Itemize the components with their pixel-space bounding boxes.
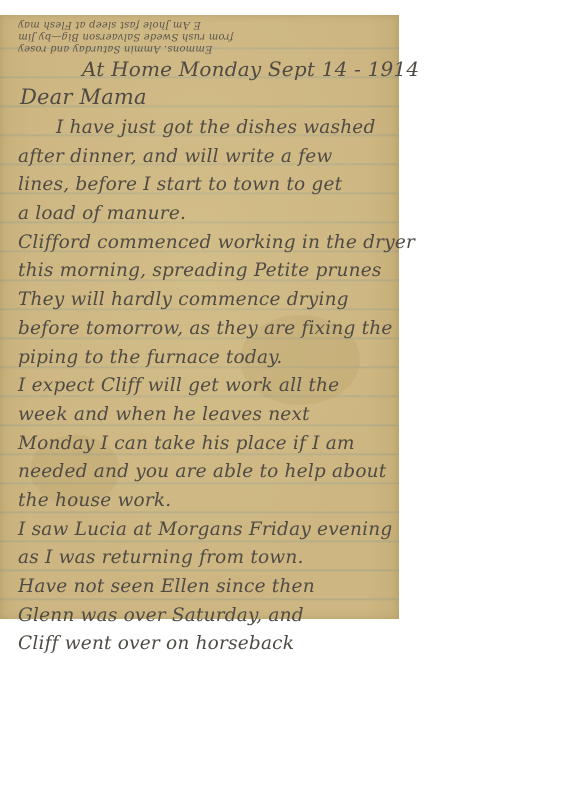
body-line: Have not seen Ellen since then (18, 573, 398, 602)
upside-down-line: from rush Swede Salvaerson Big—by Jim (18, 30, 398, 42)
body-line: the house work. (18, 487, 398, 516)
upside-down-note: Emmons. Ammin Saturday and rosey from ru… (18, 18, 398, 54)
body-line: this morning, spreading Petite prunes (18, 257, 398, 286)
body-line: I have just got the dishes washed (18, 114, 398, 143)
body-line: week and when he leaves next (18, 401, 398, 430)
body-line: Clifford commenced working in the dryer (18, 229, 398, 258)
body-line: I expect Cliff will get work all the (18, 372, 398, 401)
body-line: Glenn was over Saturday, and (18, 602, 398, 631)
body-line: needed and you are able to help about (18, 458, 398, 487)
body-line: before tomorrow, as they are fixing the (18, 315, 398, 344)
body-line: I saw Lucia at Morgans Friday evening (18, 516, 398, 545)
body-line: after dinner, and will write a few (18, 143, 398, 172)
letter-page: Emmons. Ammin Saturday and rosey from ru… (0, 15, 399, 619)
body-line: Cliff went over on horseback (18, 630, 398, 659)
body-line: piping to the furnace today. (18, 344, 398, 373)
letter-heading: At Home Monday Sept 14 - 1914 (82, 57, 419, 81)
body-line: a load of manure. (18, 200, 398, 229)
body-line: lines, before I start to town to get (18, 171, 398, 200)
body-line: They will hardly commence drying (18, 286, 398, 315)
upside-down-line: Emmons. Ammin Saturday and rosey (18, 42, 398, 54)
body-line: as I was returning from town. (18, 544, 398, 573)
salutation: Dear Mama (20, 85, 147, 109)
upside-down-line: E Am Jhole fast sleep at Flesh may (18, 18, 398, 30)
body-line: Monday I can take his place if I am (18, 430, 398, 459)
letter-body: I have just got the dishes washed after … (18, 114, 398, 659)
